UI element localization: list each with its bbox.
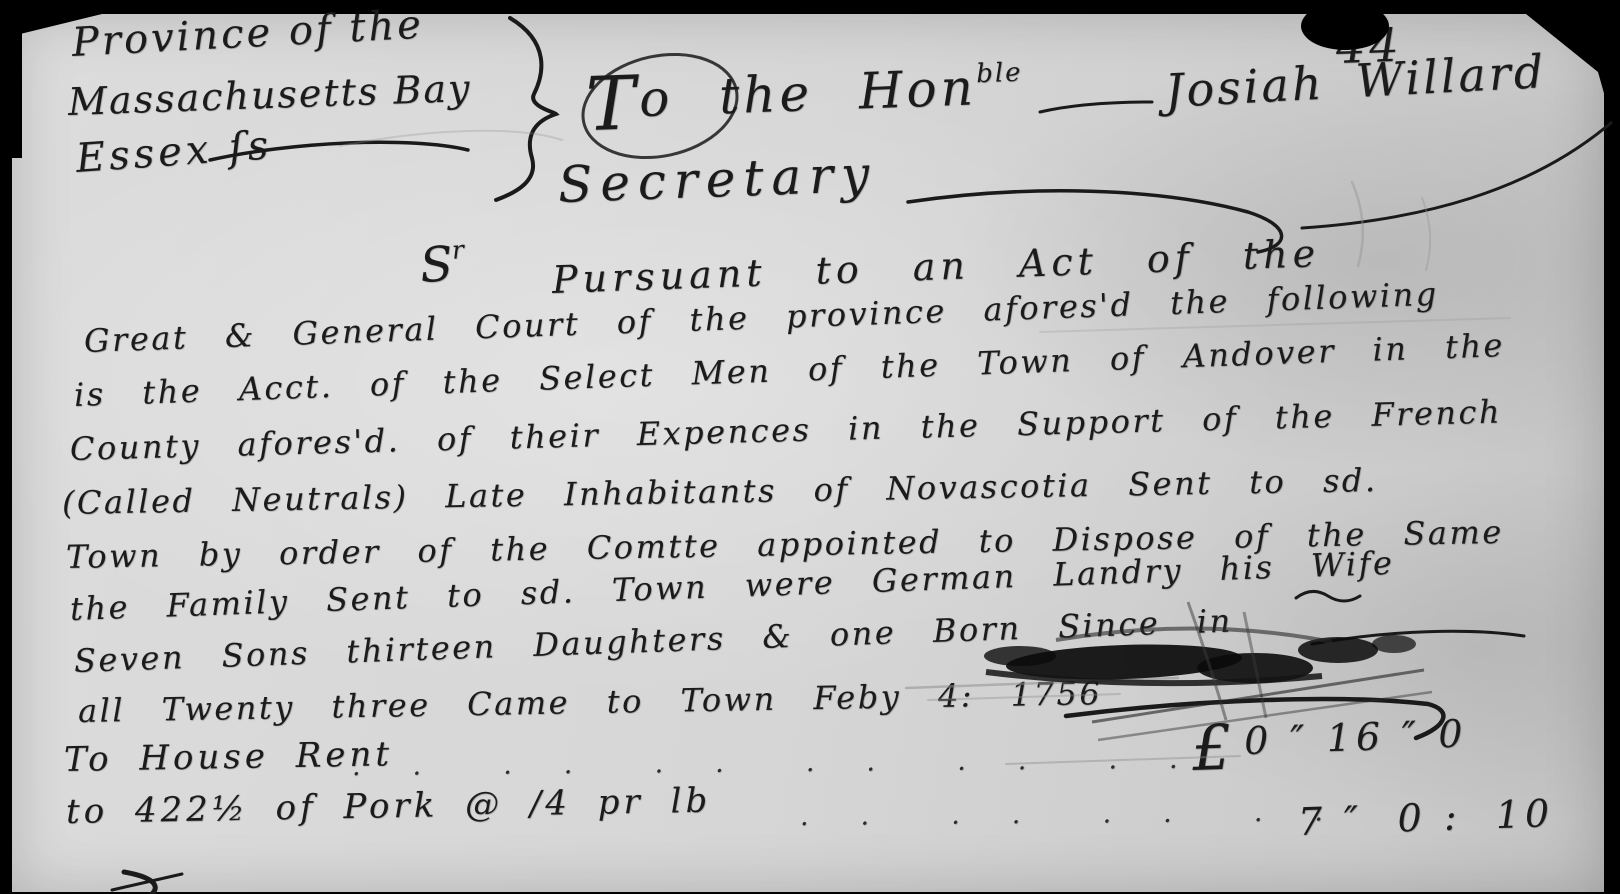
scanned-document: Province of the Massachusetts Bay Essex … — [0, 0, 1620, 894]
account-row-house-rent-amount: £0 ″ 16 ″ 0 — [1191, 702, 1469, 785]
house-rent-value: 0 ″ 16 ″ 0 — [1243, 711, 1468, 763]
secretary-title: Secretary — [557, 145, 878, 214]
to-initial-letter: T — [584, 60, 640, 148]
account-row-pork-leaders: . . . . . . . . — [800, 797, 1345, 832]
account-row-house-rent-label: To House Rent — [64, 734, 394, 780]
salutation-sir: Sr — [418, 235, 469, 294]
to-the-hon-text: o the Hon — [638, 58, 978, 128]
sir-initial: S — [418, 236, 455, 294]
account-row-pork-amount: 7 ″ 0 : 10 — [1297, 791, 1555, 844]
salutation-to-honorable: To the Honble — [584, 47, 1024, 148]
hon-superscript: ble — [976, 58, 1023, 90]
sir-superscript: r — [451, 235, 467, 265]
pound-sign: £ — [1191, 710, 1238, 785]
